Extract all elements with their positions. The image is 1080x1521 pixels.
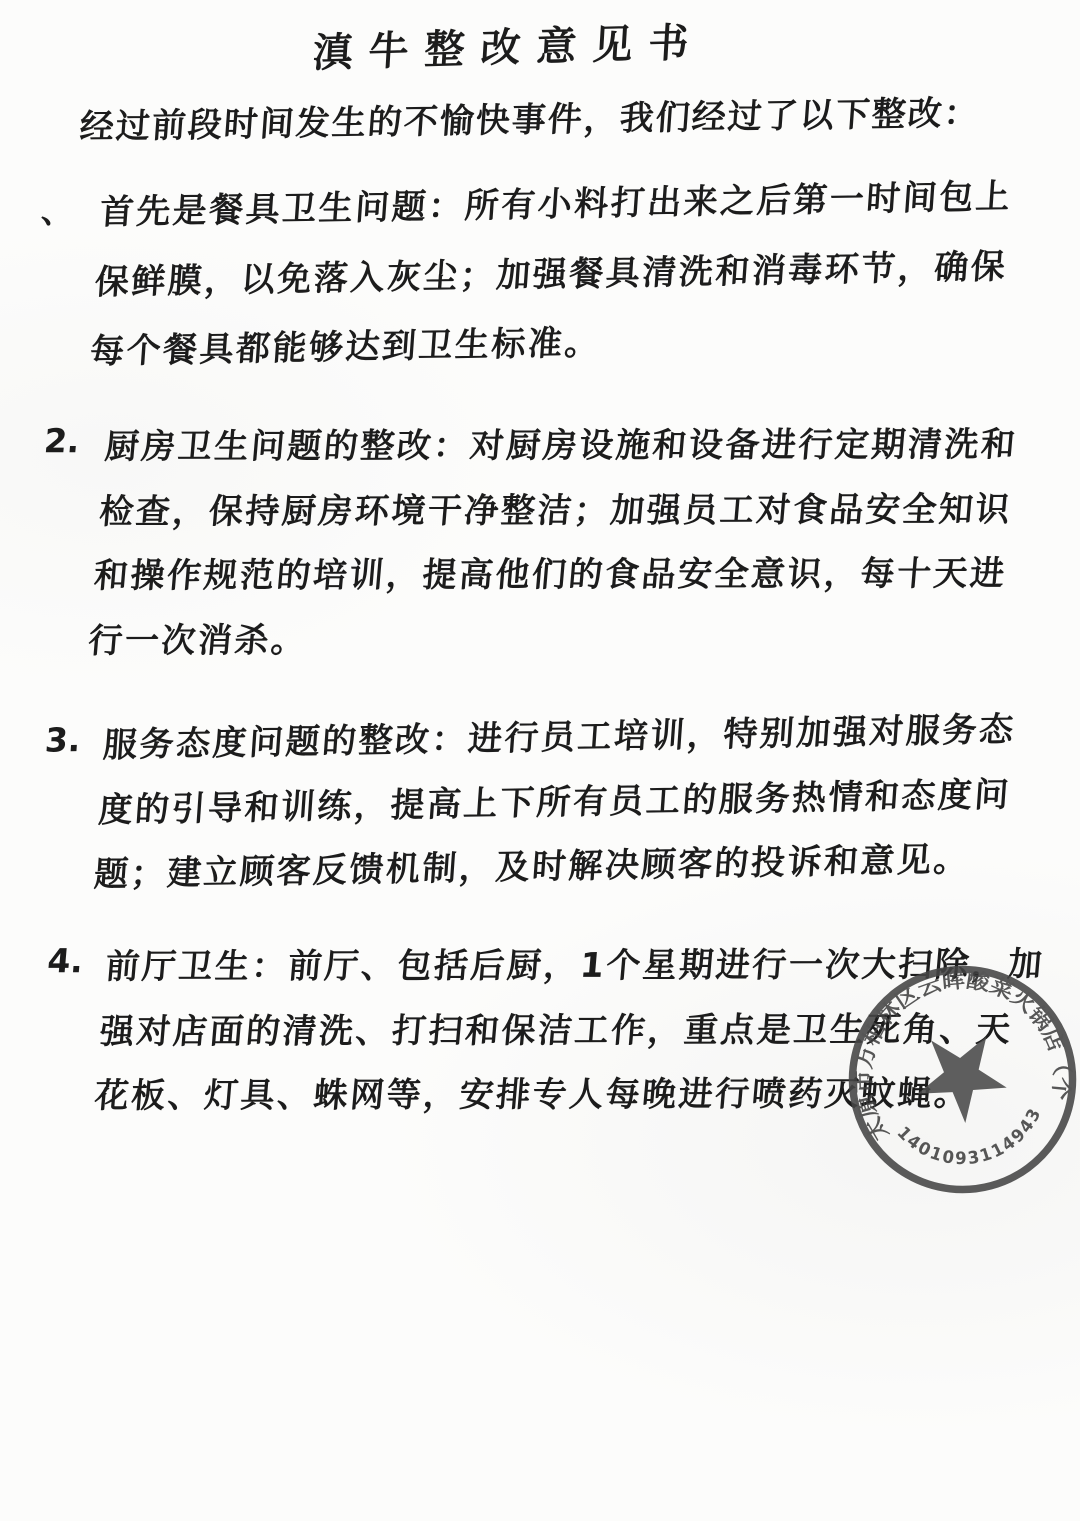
list-item-3-text: 服务态度问题的整改：进行员工培训，特别加强对服务态度的引导和训练，提高上下所有员… — [92, 697, 1048, 908]
stamp-registration-number: 1401093114943 — [890, 1087, 1055, 1187]
list-item-3: 3. 服务态度问题的整改：进行员工培训，特别加强对服务态度的引导和训练，提高上下… — [45, 697, 1043, 908]
list-item-3-marker: 3. — [44, 714, 99, 760]
intro-paragraph: 经过前段时间发生的不愉快事件，我们经过了以下整改： — [78, 83, 1039, 158]
list-item-1-text: 首先是餐具卫生问题：所有小料打出来之后第一时间包上保鲜膜，以免落入灰尘；加强餐具… — [88, 162, 1045, 388]
list-item-1-marker: 、 — [40, 178, 96, 232]
star-icon — [905, 1025, 1013, 1133]
document-title: 滇牛整改意见书 — [40, 3, 978, 86]
list-item-2-marker: 2. — [43, 415, 99, 460]
list-item-2: 2. 厨房卫生问题的整改：对厨房设施和设备进行定期清洗和检查，保持厨房环境干净整… — [44, 412, 1040, 673]
scanned-document-page: 滇牛整改意见书 经过前段时间发生的不愉快事件，我们经过了以下整改： 、 首先是餐… — [0, 0, 1080, 1521]
list-item-4-marker: 4. — [46, 935, 102, 980]
list-item-1: 、 首先是餐具卫生问题：所有小料打出来之后第一时间包上保鲜膜，以免落入灰尘；加强… — [41, 162, 1039, 388]
list-item-2-text: 厨房卫生问题的整改：对厨房设施和设备进行定期清洗和检查，保持厨房环境干净整洁；加… — [86, 412, 1051, 673]
